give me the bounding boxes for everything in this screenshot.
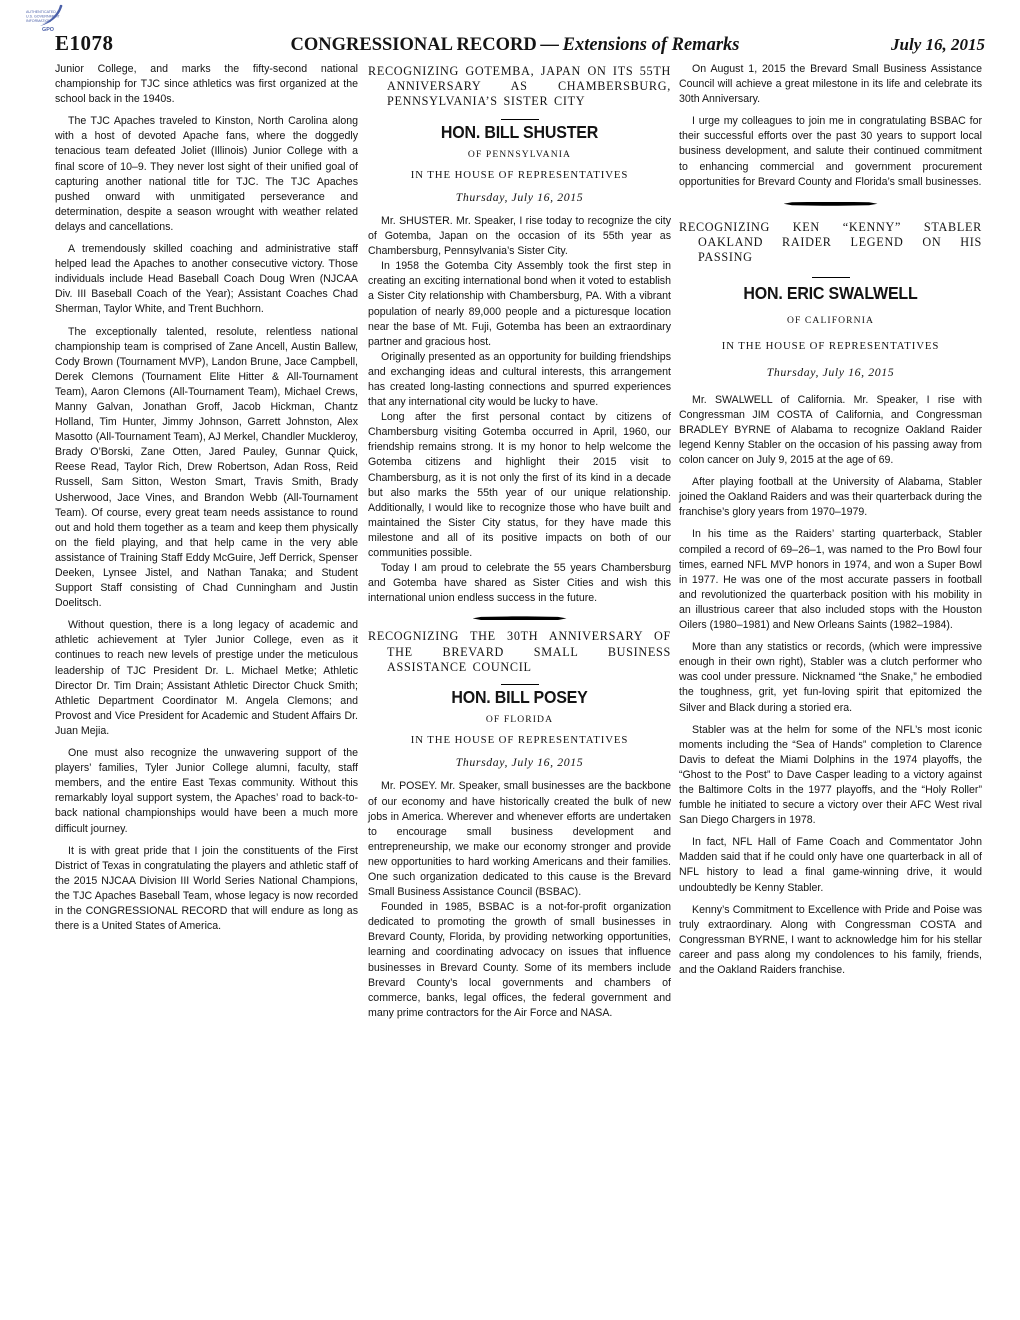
article-stabler: RECOGNIZING KEN “KENNY” STABLER OAKLAND … [679, 220, 982, 978]
issue-date: July 16, 2015 [825, 35, 985, 55]
journal-section-title: Extensions of Remarks [563, 35, 740, 55]
paragraph: More than any statistics or records, (wh… [679, 640, 982, 715]
paragraph: Long after the first personal contact by… [368, 410, 671, 561]
member-state: OF FLORIDA [368, 712, 671, 727]
paragraph: Stabler was at the helm for some of the … [679, 723, 982, 829]
journal-title-main: CONGRESSIONAL RECORD [291, 35, 537, 55]
member-chamber: IN THE HOUSE OF REPRESENTATIVES [368, 733, 671, 748]
paragraph: Junior College, and marks the fifty-seco… [55, 62, 358, 107]
paragraph: I urge my colleagues to join me in congr… [679, 114, 982, 189]
paragraph: Originally presented as an opportunity f… [368, 350, 671, 410]
paragraph: On August 1, 2015 the Brevard Small Busi… [679, 62, 982, 107]
journal-title: CONGRESSIONAL RECORD — Extensions of Rem… [205, 35, 825, 56]
member-chamber: IN THE HOUSE OF REPRESENTATIVES [679, 339, 982, 354]
member-name: HON. BILL SHUSTER [368, 125, 671, 141]
article-heading: RECOGNIZING THE 30TH ANNIVERSARY OF THE … [368, 629, 671, 675]
paragraph: The TJC Apaches traveled to Kinston, Nor… [55, 114, 358, 235]
article-brevard-continuation: On August 1, 2015 the Brevard Small Busi… [679, 62, 982, 190]
paragraph: Founded in 1985, BSBAC is a not-for-prof… [368, 900, 671, 1021]
paragraph: Mr. POSEY. Mr. Speaker, small businesses… [368, 779, 671, 900]
member-name: HON. BILL POSEY [368, 690, 671, 706]
paragraph: Mr. SWALWELL of California. Mr. Speaker,… [679, 393, 982, 468]
paragraph: It is with great pride that I join the c… [55, 844, 358, 935]
paragraph: In his time as the Raiders’ starting qua… [679, 527, 982, 633]
masthead: E1078 CONGRESSIONAL RECORD — Extensions … [55, 31, 985, 56]
article-heading: RECOGNIZING KEN “KENNY” STABLER OAKLAND … [679, 220, 982, 266]
member-date: Thursday, July 16, 2015 [368, 190, 671, 205]
logo-gpo-text: GPO [42, 27, 54, 33]
paragraph: The exceptionally talented, resolute, re… [55, 325, 358, 612]
column-3: On August 1, 2015 the Brevard Small Busi… [679, 62, 982, 985]
article-brevard: RECOGNIZING THE 30TH ANNIVERSARY OF THE … [368, 629, 671, 1020]
heading-rule [812, 277, 850, 278]
member-state: OF PENNSYLVANIA [368, 147, 671, 162]
column-1: Junior College, and marks the fifty-seco… [55, 62, 358, 941]
paragraph: Kenny’s Commitment to Excellence with Pr… [679, 903, 982, 978]
heading-rule [501, 684, 539, 685]
column-2: RECOGNIZING GOTEMBA, JAPAN ON ITS 55TH A… [368, 62, 671, 1021]
member-date: Thursday, July 16, 2015 [368, 755, 671, 770]
article-heading: RECOGNIZING GOTEMBA, JAPAN ON ITS 55TH A… [368, 64, 671, 110]
heading-rule [501, 119, 539, 120]
paragraph: One must also recognize the unwavering s… [55, 746, 358, 837]
article-separator [784, 202, 878, 206]
logo-caption-line: AUTHENTICATED [26, 10, 56, 14]
paragraph: Without question, there is a long legacy… [55, 618, 358, 739]
paragraph: Today I am proud to celebrate the 55 yea… [368, 561, 671, 606]
member-chamber: IN THE HOUSE OF REPRESENTATIVES [368, 168, 671, 183]
member-name: HON. ERIC SWALWELL [679, 286, 982, 302]
article-gotemba: RECOGNIZING GOTEMBA, JAPAN ON ITS 55TH A… [368, 64, 671, 606]
paragraph: Mr. SHUSTER. Mr. Speaker, I rise today t… [368, 214, 671, 259]
paragraph: In 1958 the Gotemba City Assembly took t… [368, 259, 671, 350]
article-separator [473, 616, 567, 620]
member-state: OF CALIFORNIA [679, 313, 982, 328]
congressional-record-page: AUTHENTICATED U.S. GOVERNMENT INFORMATIO… [0, 0, 1020, 1320]
member-date: Thursday, July 16, 2015 [679, 365, 982, 380]
page-number: E1078 [55, 31, 205, 56]
paragraph: In fact, NFL Hall of Fame Coach and Comm… [679, 835, 982, 895]
paragraph: After playing football at the University… [679, 475, 982, 520]
journal-title-dash: — [537, 35, 563, 55]
paragraph: A tremendously skilled coaching and admi… [55, 242, 358, 317]
